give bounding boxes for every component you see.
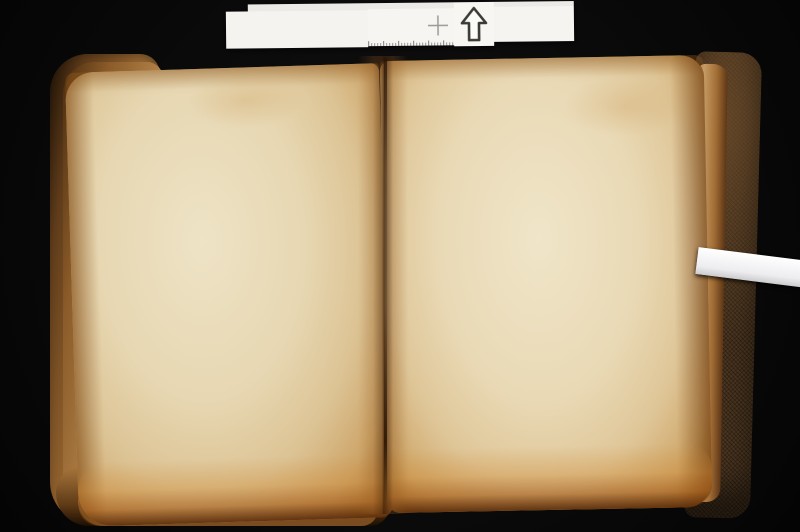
manuscript-photo bbox=[0, 0, 800, 532]
margin-marks-layer bbox=[0, 0, 800, 532]
